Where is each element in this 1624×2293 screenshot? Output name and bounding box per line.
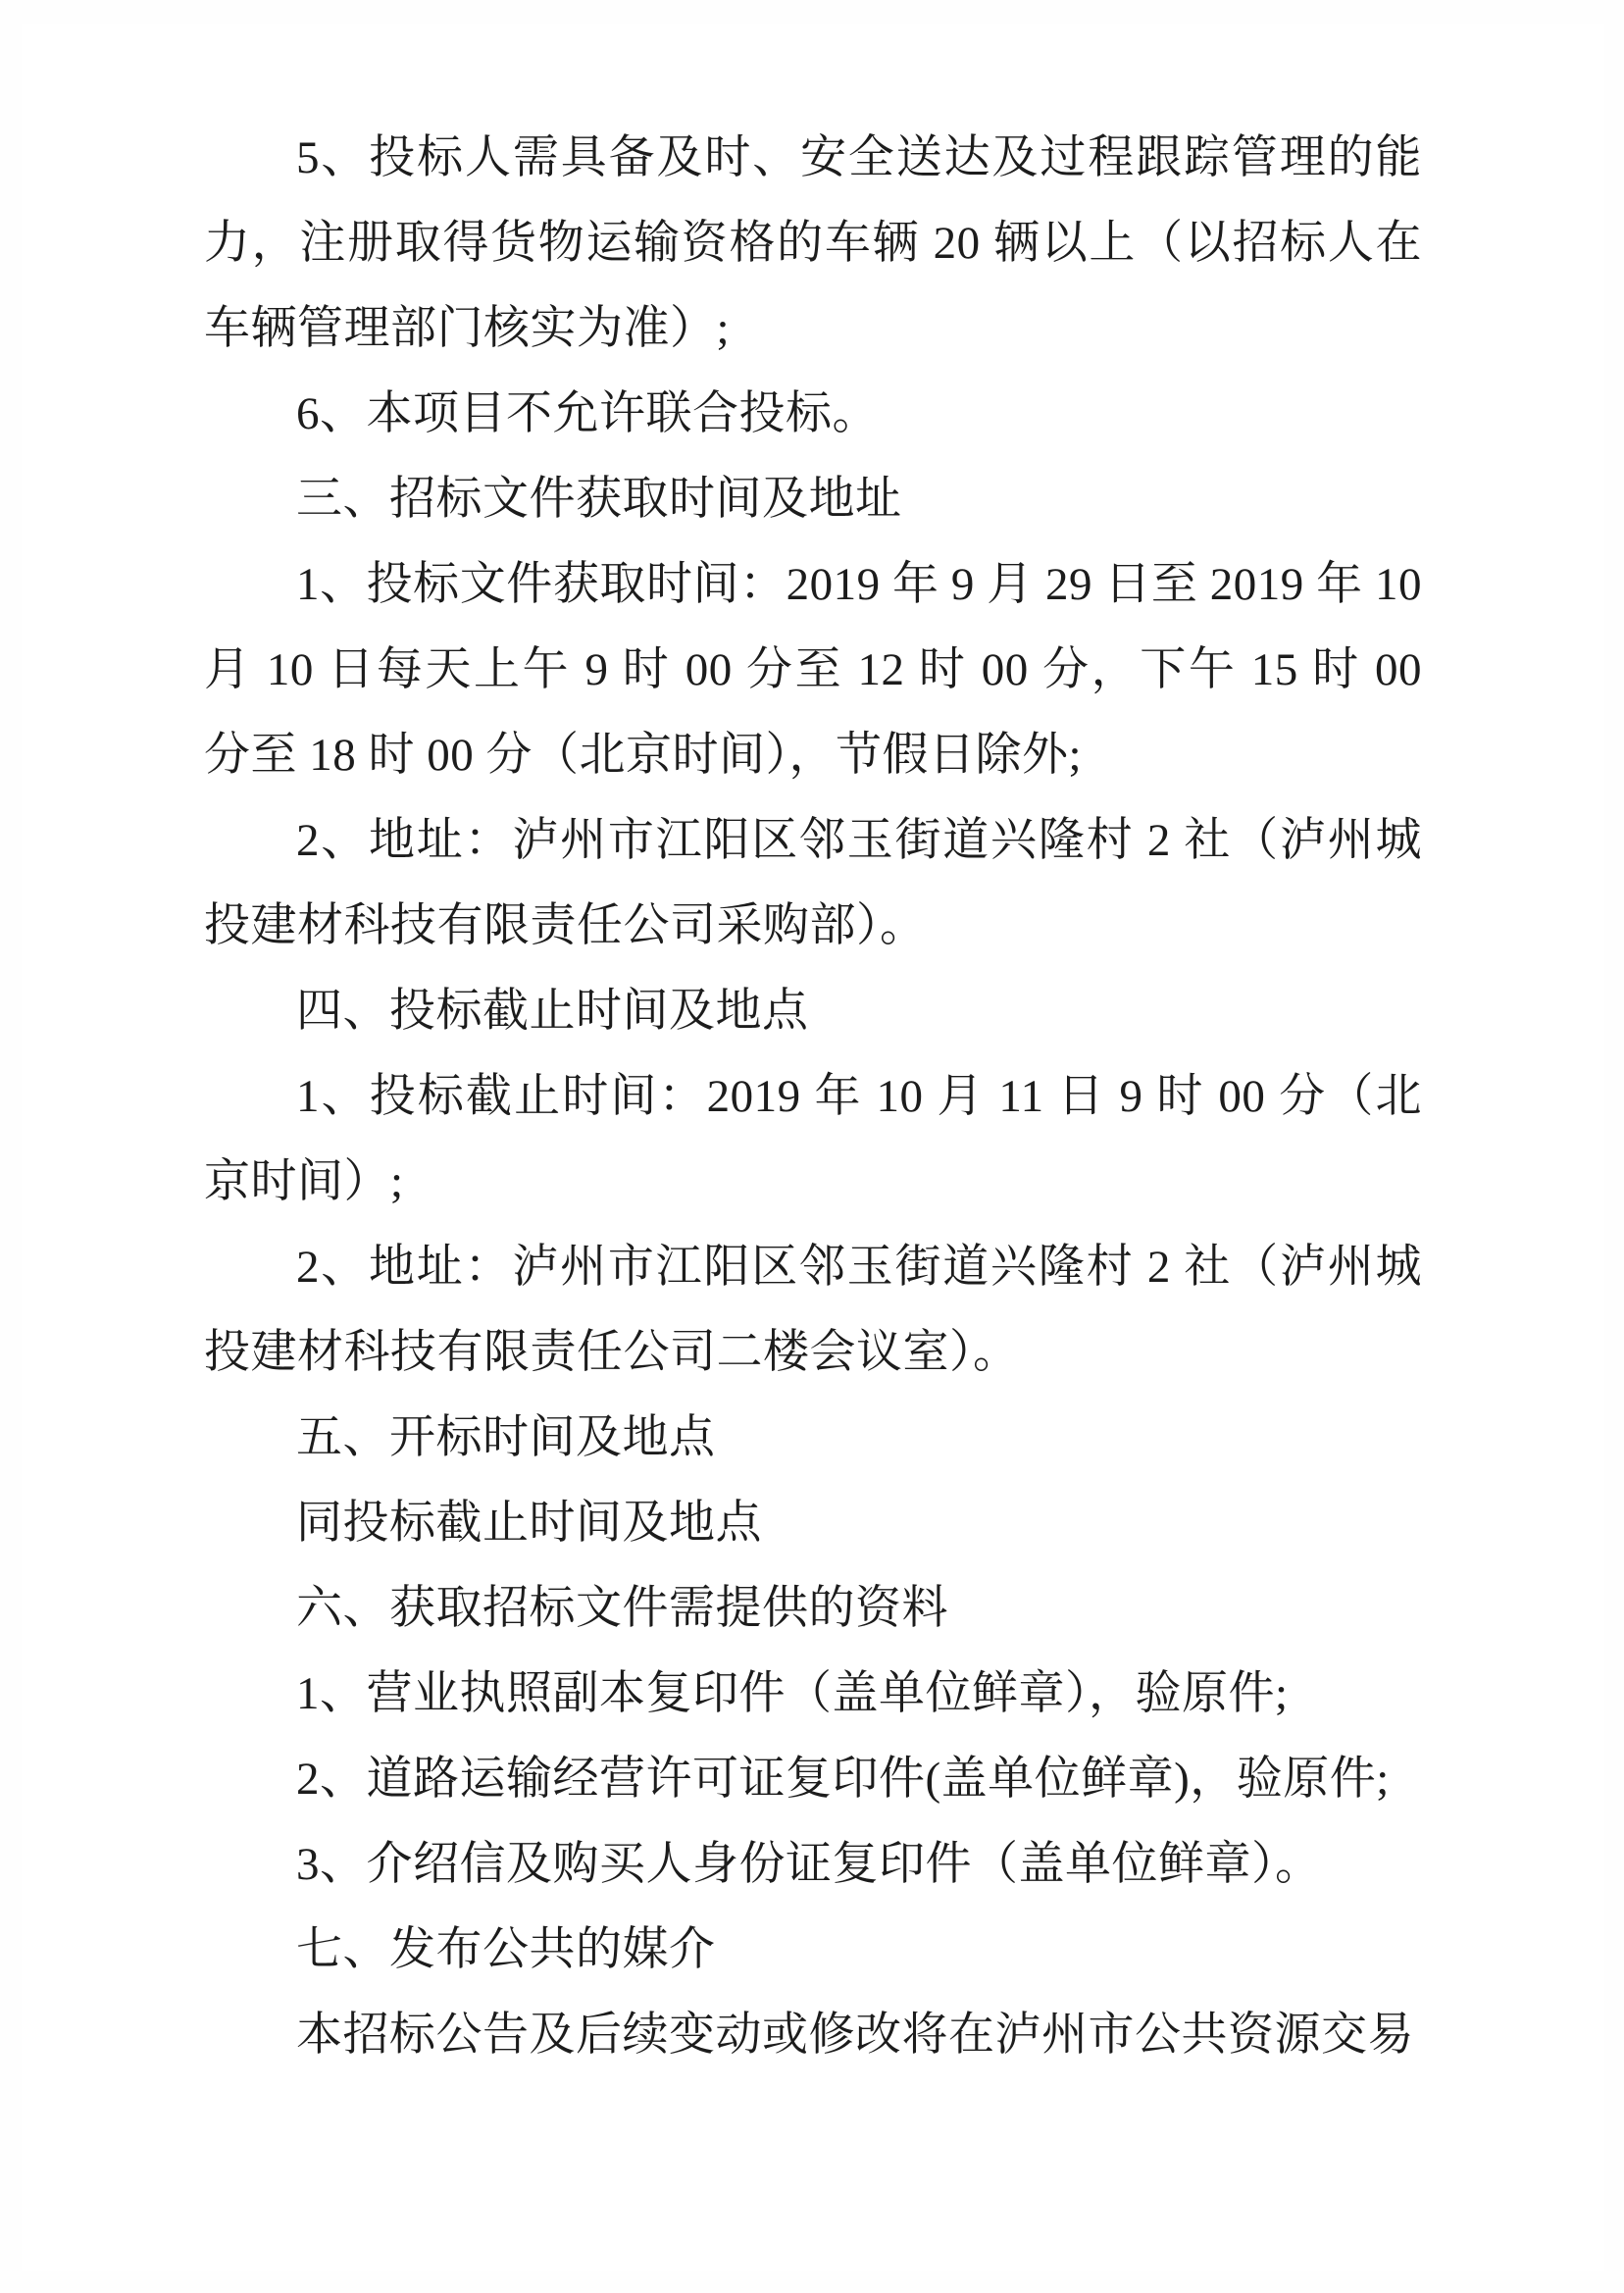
document-body: 5、投标人需具备及时、安全送达及过程跟踪管理的能力，注册取得货物运输资格的车辆 …: [204, 116, 1422, 2078]
section-heading-6-required-materials: 六、获取招标文件需提供的资料: [204, 1566, 1422, 1652]
para-announcement-publication: 本招标公告及后续变动或修改将在泸州市公共资源交易: [204, 1993, 1422, 2078]
para-bid-deadline-address: 2、地址：泸州市江阳区邻玉街道兴隆村 2 社（泸州城投建材科技有限责任公司二楼会…: [204, 1225, 1422, 1396]
scanned-document-page: 5、投标人需具备及时、安全送达及过程跟踪管理的能力，注册取得货物运输资格的车辆 …: [0, 0, 1624, 2293]
para-bid-deadline-time: 1、投标截止时间：2019 年 10 月 11 日 9 时 00 分（北京时间）…: [204, 1054, 1422, 1225]
para-material-3-introduction-letter-id: 3、介绍信及购买人身份证复印件（盖单位鲜章）。: [204, 1822, 1422, 1908]
para-acquisition-time: 1、投标文件获取时间：2019 年 9 月 29 日至 2019 年 10 月 …: [204, 542, 1422, 798]
para-acquisition-address: 2、地址：泸州市江阳区邻玉街道兴隆村 2 社（泸州城投建材科技有限责任公司采购部…: [204, 798, 1422, 969]
section-heading-4-bid-deadline-time-place: 四、投标截止时间及地点: [204, 969, 1422, 1054]
section-heading-5-bid-opening-time-place: 五、开标时间及地点: [204, 1396, 1422, 1481]
para-same-as-deadline: 同投标截止时间及地点: [204, 1481, 1422, 1566]
para-material-1-business-license: 1、营业执照副本复印件（盖单位鲜章），验原件;: [204, 1652, 1422, 1737]
para-item6-no-joint-bidding: 6、本项目不允许联合投标。: [204, 372, 1422, 457]
para-material-2-road-transport-permit: 2、道路运输经营许可证复印件(盖单位鲜章)，验原件;: [204, 1737, 1422, 1822]
section-heading-3-document-acquisition-time-address: 三、招标文件获取时间及地址: [204, 457, 1422, 542]
para-item5-bidder-vehicle-requirement: 5、投标人需具备及时、安全送达及过程跟踪管理的能力，注册取得货物运输资格的车辆 …: [204, 116, 1422, 372]
section-heading-7-publication-media: 七、发布公共的媒介: [204, 1908, 1422, 1993]
